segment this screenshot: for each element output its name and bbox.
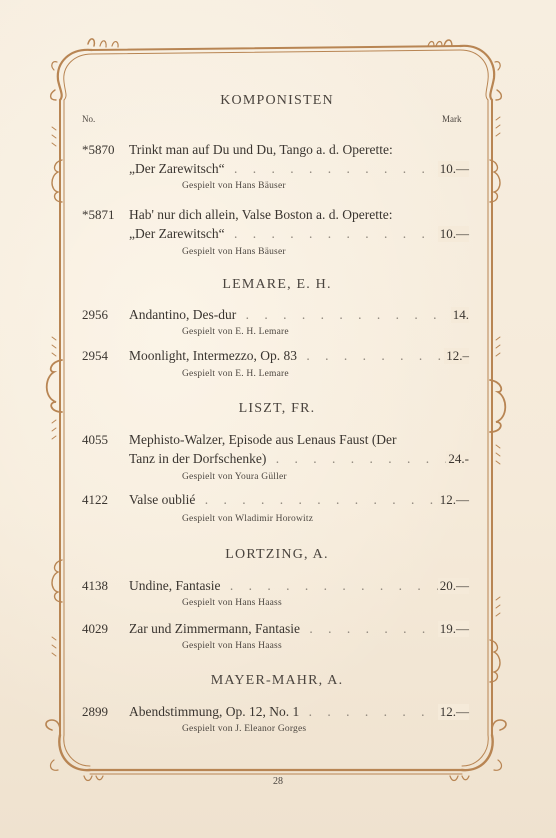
page-number: 28 — [0, 776, 556, 787]
entry-title-continued: „Der Zarewitsch“ . . . . . . . . . . . .… — [129, 226, 466, 242]
entry-performer: Gespielt von Hans Haass — [182, 641, 282, 651]
entry-price: 10.— — [438, 226, 469, 242]
entry-performer: Gespielt von Hans Bäuser — [182, 247, 286, 257]
entry-number: 2956 — [82, 307, 108, 323]
entry-number: 4122 — [82, 492, 108, 508]
entry-number: 2954 — [82, 348, 108, 364]
entry-price: 12.— — [438, 492, 469, 508]
entry-number: 2899 — [82, 704, 108, 720]
entry-title: Undine, Fantasie . . . . . . . . . . . .… — [129, 578, 466, 594]
entry-price: 19.— — [438, 621, 469, 637]
entry-performer: Gespielt von Wladimir Horowitz — [182, 514, 313, 524]
composer-heading: LEMARE, E. H. — [82, 277, 472, 293]
entry-performer: Gespielt von Hans Haass — [182, 598, 282, 608]
entry-title: Hab' nur dich allein, Valse Boston a. d.… — [129, 207, 466, 223]
column-header-number: No. — [82, 114, 95, 124]
entry-performer: Gespielt von E. H. Lemare — [182, 369, 289, 379]
entry-price: 24.- — [446, 451, 469, 467]
entry-number: *5871 — [82, 207, 115, 223]
entry-number: 4055 — [82, 432, 108, 448]
entry-performer: Gespielt von Hans Bäuser — [182, 181, 286, 191]
entry-performer: Gespielt von J. Eleanor Gorges — [182, 724, 306, 734]
entry-title-continued: Tanz in der Dorfschenke) . . . . . . . .… — [129, 451, 466, 467]
entry-price: 20.— — [438, 578, 469, 594]
composer-heading: LISZT, FR. — [82, 401, 472, 417]
page-heading: KOMPONISTEN — [82, 93, 472, 109]
entry-title: Zar und Zimmermann, Fantasie . . . . . .… — [129, 621, 466, 637]
composer-heading: MAYER-MAHR, A. — [82, 673, 472, 689]
entry-title: Andantino, Des-dur . . . . . . . . . . .… — [129, 307, 466, 323]
entry-title: Valse oublié . . . . . . . . . . . . . .… — [129, 492, 466, 508]
entry-price: 12.– — [444, 348, 469, 364]
entry-number: 4029 — [82, 621, 108, 637]
entry-title: Abendstimmung, Op. 12, No. 1 . . . . . .… — [129, 704, 466, 720]
entry-number: *5870 — [82, 142, 115, 158]
entry-number: 4138 — [82, 578, 108, 594]
entry-title: Moonlight, Intermezzo, Op. 83 . . . . . … — [129, 348, 466, 364]
entry-title: Trinkt man auf Du und Du, Tango a. d. Op… — [129, 142, 466, 158]
entry-price: 12.— — [438, 704, 469, 720]
entry-performer: Gespielt von E. H. Lemare — [182, 327, 289, 337]
composer-heading: LORTZING, A. — [82, 547, 472, 563]
entry-performer: Gespielt von Youra Güller — [182, 472, 287, 482]
entry-price: 10.— — [438, 161, 469, 177]
entry-title-continued: „Der Zarewitsch“ . . . . . . . . . . . .… — [129, 161, 466, 177]
column-header-price: Mark — [442, 114, 462, 124]
entry-title: Mephisto-Walzer, Episode aus Lenaus Faus… — [129, 432, 466, 448]
entry-price: 14. — [451, 307, 469, 323]
